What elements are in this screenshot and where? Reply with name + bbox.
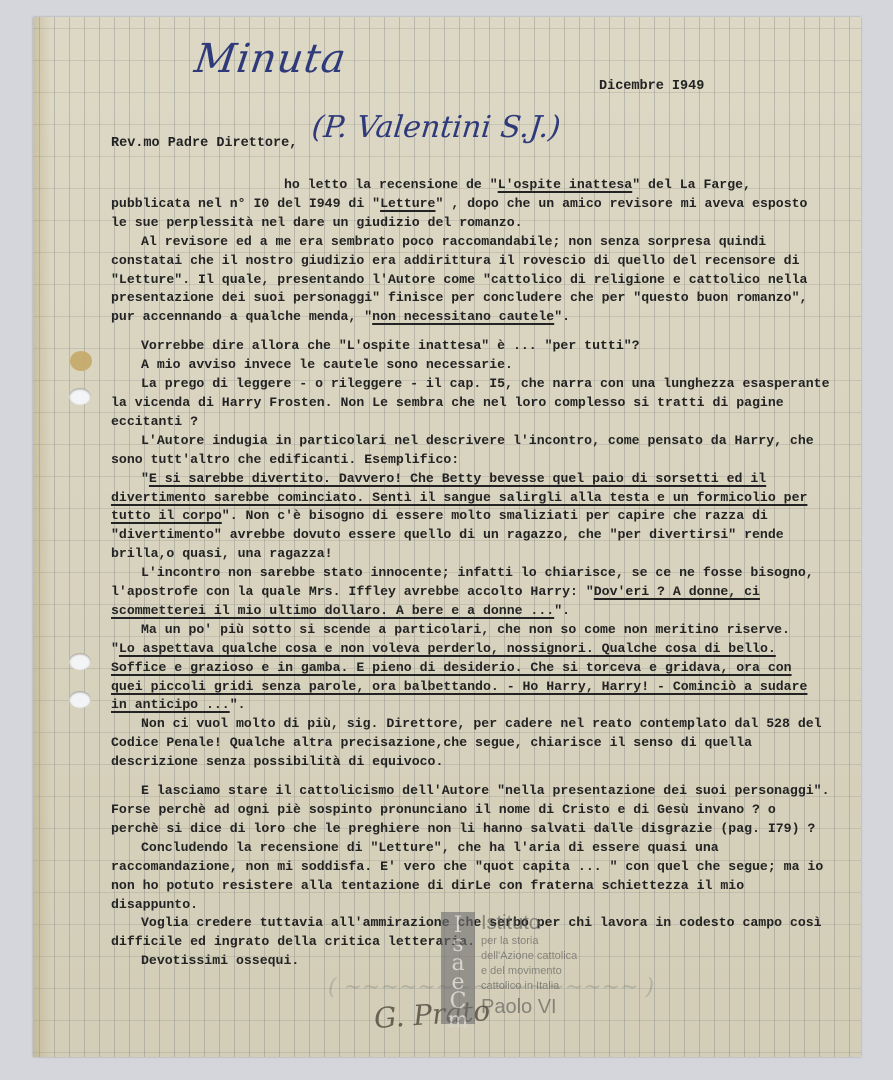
salutation: Rev.mo Padre Direttore, — [111, 136, 297, 151]
punch-hole — [69, 691, 91, 708]
quoted-passage: Lo aspettava qualche cosa e non voleva p… — [111, 641, 807, 713]
underlined-phrase: non necessitano cautele — [372, 309, 554, 324]
paragraph-12: Concludendo la recensione di "Letture", … — [111, 839, 831, 915]
punch-hole — [69, 388, 91, 405]
watermark-line: Istituto — [481, 912, 577, 934]
paragraph-1-cont: pubblicata nel n° I0 del I949 di "Lettur… — [111, 195, 831, 233]
text: pubblicata nel n° I0 del I949 di " — [111, 196, 380, 211]
paragraph-3: Vorrebbe dire allora che "L'ospite inatt… — [111, 337, 831, 356]
archive-watermark: IsaeCm Istituto per la storia dell'Azion… — [441, 912, 591, 1024]
paragraph-1: ho letto la recensione de "L'ospite inat… — [111, 176, 831, 195]
paragraph-4: A mio avviso invece le cautele sono nece… — [111, 356, 831, 375]
paragraph-6: L'Autore indugia in particolari nel desc… — [111, 432, 831, 470]
paragraph-7: "E si sarebbe divertito. Davvero! Che Be… — [111, 470, 831, 565]
handwritten-header: Minuta — [192, 36, 350, 82]
punch-hole — [69, 653, 91, 670]
watermark-line: e del movimento — [481, 964, 577, 979]
text: ho letto la recensione de " — [284, 177, 498, 192]
text: ". — [230, 697, 246, 712]
handwritten-addressee: (P. Valentini S.J.) — [310, 110, 562, 145]
magazine-title: Letture — [380, 196, 435, 211]
letter-body: ho letto la recensione de "L'ospite inat… — [111, 176, 831, 971]
paragraph-2: Al revisore ed a me era sembrato poco ra… — [111, 233, 831, 328]
text: " del La Farge, — [632, 177, 751, 192]
paragraph-9-quote: "Lo aspettava qualche cosa e non voleva … — [111, 640, 831, 716]
watermark-monogram: IsaeCm — [441, 912, 475, 1024]
watermark-line: dell'Azione cattolica — [481, 949, 577, 964]
paragraph-9: Ma un po' più sotto si scende a particol… — [111, 621, 831, 640]
text: ". — [554, 603, 570, 618]
paragraph-5: La prego di leggere - o rileggere - il c… — [111, 375, 831, 432]
watermark-text: Istituto per la storia dell'Azione catto… — [481, 912, 577, 1018]
paragraph-8: L'incontro non sarebbe stato innocente; … — [111, 564, 831, 621]
book-title: L'ospite inattesa — [498, 177, 633, 192]
letter-date: Dicembre I949 — [599, 79, 704, 94]
paper-stain — [70, 351, 92, 371]
paragraph-11: E lasciamo stare il cattolicismo dell'Au… — [111, 782, 831, 839]
text: ". — [554, 309, 570, 324]
watermark-line: per la storia — [481, 934, 577, 949]
watermark-line: Paolo VI — [481, 996, 577, 1018]
paragraph-10: Non ci vuol molto di più, sig. Direttore… — [111, 715, 831, 772]
watermark-line: cattolico in Italia — [481, 979, 577, 994]
